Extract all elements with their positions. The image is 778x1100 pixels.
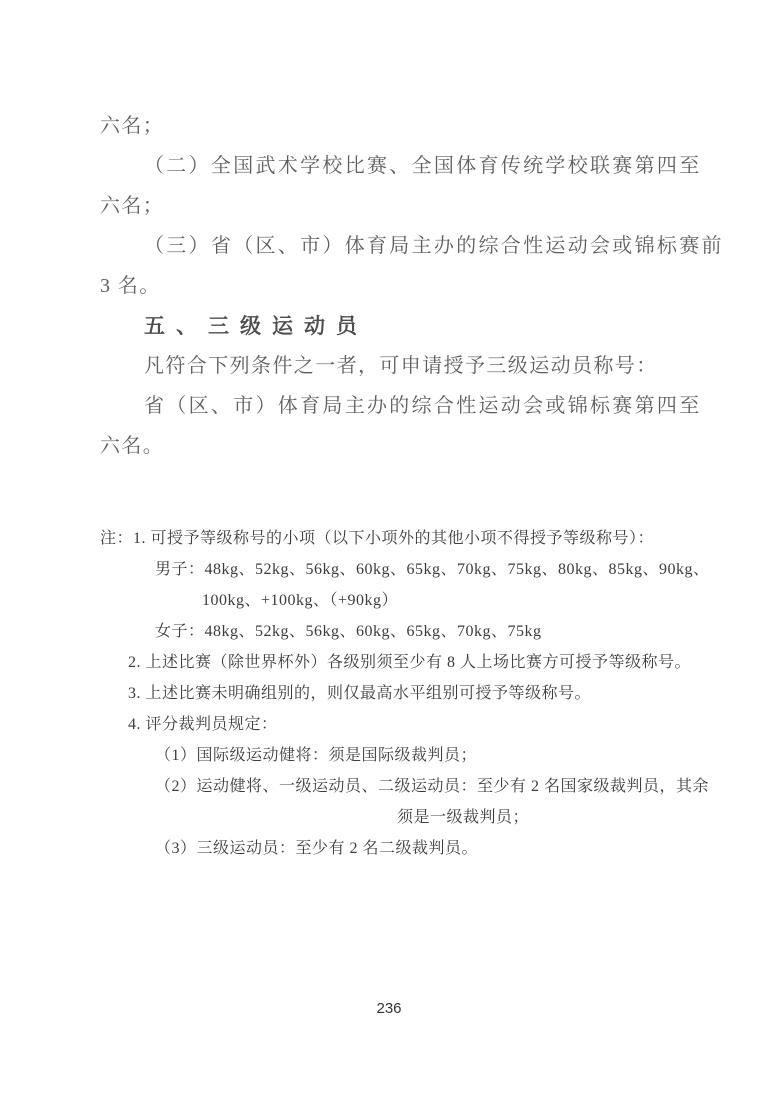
body-line-1: 六名；	[100, 106, 690, 146]
note-line-7: 4. 评分裁判员规定：	[100, 709, 720, 740]
body-text-block: 六名； （二）全国武术学校比赛、全国体育传统学校联赛第四至 六名； （三）省（区…	[100, 106, 690, 466]
note-line-6: 3. 上述比赛未明确组别的，则仅最高水平组别可授予等级称号。	[100, 678, 720, 709]
body-line-2: （二）全国武术学校比赛、全国体育传统学校联赛第四至	[100, 146, 690, 186]
body-line-3: 六名；	[100, 186, 690, 226]
note-line-4: 女子：48kg、52kg、56kg、60kg、65kg、70kg、75kg	[100, 616, 720, 647]
body-line-7: 凡符合下列条件之一者，可申请授予三级运动员称号：	[100, 346, 690, 386]
document-page: 六名； （二）全国武术学校比赛、全国体育传统学校联赛第四至 六名； （三）省（区…	[0, 0, 778, 1100]
note-line-9: （2）运动健将、一级运动员、二级运动员：至少有 2 名国家级裁判员，其余	[100, 771, 720, 802]
note-line-1: 注：1. 可授予等级称号的小项（以下小项外的其他小项不得授予等级称号）：	[100, 523, 720, 554]
body-line-5: 3 名。	[100, 266, 690, 306]
note-line-3: 100kg、+100kg、（+90kg）	[100, 585, 720, 616]
body-line-9: 六名。	[100, 426, 690, 466]
note-line-8: （1）国际级运动健将：须是国际级裁判员；	[100, 740, 720, 771]
note-line-10: 须是一级裁判员；	[100, 802, 720, 833]
section-heading: 五、三级运动员	[100, 306, 690, 346]
note-line-2: 男子：48kg、52kg、56kg、60kg、65kg、70kg、75kg、80…	[100, 554, 720, 585]
body-line-4: （三）省（区、市）体育局主办的综合性运动会或锦标赛前	[100, 226, 690, 266]
note-line-11: （3）三级运动员：至少有 2 名二级裁判员。	[100, 833, 720, 864]
body-line-8: 省（区、市）体育局主办的综合性运动会或锦标赛第四至	[100, 386, 690, 426]
note-line-5: 2. 上述比赛（除世界杯外）各级别须至少有 8 人上场比赛方可授予等级称号。	[100, 647, 720, 678]
page-number: 236	[0, 1000, 778, 1017]
notes-block: 注：1. 可授予等级称号的小项（以下小项外的其他小项不得授予等级称号）： 男子：…	[100, 523, 720, 864]
